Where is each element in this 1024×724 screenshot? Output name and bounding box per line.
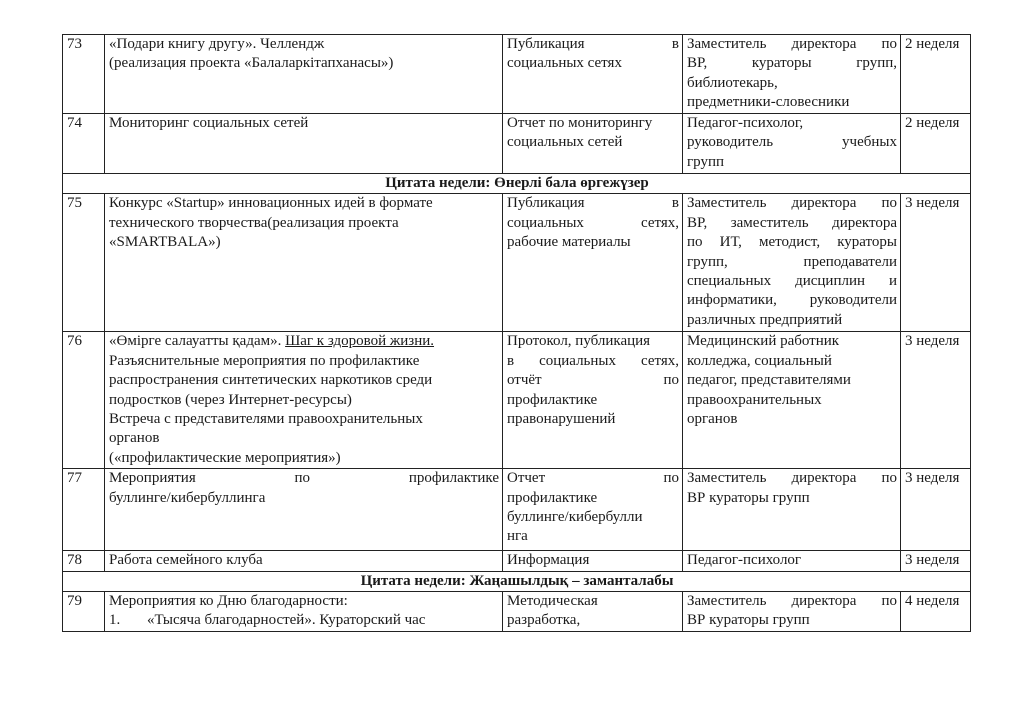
event-plan-table: 73 «Подари книгу другу». Челлендж (реали… (62, 34, 971, 632)
quote-of-week: Цитата недели: Жаңашылдық – заманталабы (63, 571, 971, 591)
table-row: 79 Мероприятия ко Дню благодарности: 1.«… (63, 592, 971, 632)
table-row: 74 Мониторинг социальных сетей Отчет по … (63, 114, 971, 174)
form-cell: Отчет по профилактике буллинге/кибербулл… (503, 469, 683, 551)
term-cell: 3 неделя (901, 332, 971, 469)
event-title: «Өмірге салауатты қадам». (109, 333, 281, 349)
table-row: 73 «Подари книгу другу». Челлендж (реали… (63, 35, 971, 114)
event-title-underlined: Шаг к здоровой жизни. (285, 333, 434, 349)
form-cell: Публикация в социальных сетях (503, 35, 683, 114)
event-cell: «Подари книгу другу». Челлендж (реализац… (105, 35, 503, 114)
term-cell: 3 неделя (901, 551, 971, 571)
table-row: 76 «Өмірге салауатты қадам». Шаг к здоро… (63, 332, 971, 469)
responsible-cell: Медицинский работник колледжа, социальны… (683, 332, 901, 469)
form-cell: Протокол, публикация в социальных сетях,… (503, 332, 683, 469)
event-cell: Работа семейного клуба (105, 551, 503, 571)
form-cell: Публикация в социальных сетях, рабочие м… (503, 194, 683, 332)
table-row: 77 Мероприятия по профилактике буллинге/… (63, 469, 971, 551)
event-cell: Конкурс «Startup» инновационных идей в ф… (105, 194, 503, 332)
table-row: 75 Конкурс «Startup» инновационных идей … (63, 194, 971, 332)
term-cell: 4 неделя (901, 592, 971, 632)
responsible-cell: Заместитель директора по ВР кураторы гру… (683, 592, 901, 632)
row-number: 79 (63, 592, 105, 632)
table-row: 78 Работа семейного клуба Информация Пед… (63, 551, 971, 571)
responsible-cell: Заместитель директора по ВР, заместитель… (683, 194, 901, 332)
row-number: 78 (63, 551, 105, 571)
term-cell: 2 неделя (901, 114, 971, 174)
responsible-cell: Заместитель директора по ВР кураторы гру… (683, 469, 901, 551)
event-cell: Мероприятия по профилактике буллинге/киб… (105, 469, 503, 551)
term-cell: 3 неделя (901, 194, 971, 332)
term-cell: 3 неделя (901, 469, 971, 551)
form-cell: Информация (503, 551, 683, 571)
quote-of-week: Цитата недели: Өнерлі бала өргежүзер (63, 174, 971, 194)
form-cell: Отчет по мониторингу социальных сетей (503, 114, 683, 174)
list-item-text: «Тысяча благодарностей». Кураторский час (147, 612, 425, 628)
row-number: 76 (63, 332, 105, 469)
event-cell: «Өмірге салауатты қадам». Шаг к здоровой… (105, 332, 503, 469)
responsible-cell: Педагог-психолог, руководитель учебных г… (683, 114, 901, 174)
event-cell: Мероприятия ко Дню благодарности: 1.«Тыс… (105, 592, 503, 632)
row-number: 77 (63, 469, 105, 551)
responsible-cell: Педагог-психолог (683, 551, 901, 571)
form-cell: Методическая разработка, (503, 592, 683, 632)
term-cell: 2 неделя (901, 35, 971, 114)
list-marker: 1. (109, 611, 147, 630)
event-cell: Мониторинг социальных сетей (105, 114, 503, 174)
row-number: 74 (63, 114, 105, 174)
responsible-cell: Заместитель директора по ВР, кураторы гр… (683, 35, 901, 114)
quote-of-week-row: Цитата недели: Өнерлі бала өргежүзер (63, 174, 971, 194)
quote-of-week-row: Цитата недели: Жаңашылдық – заманталабы (63, 571, 971, 591)
row-number: 75 (63, 194, 105, 332)
row-number: 73 (63, 35, 105, 114)
document-page: 73 «Подари книгу другу». Челлендж (реали… (0, 0, 1024, 724)
